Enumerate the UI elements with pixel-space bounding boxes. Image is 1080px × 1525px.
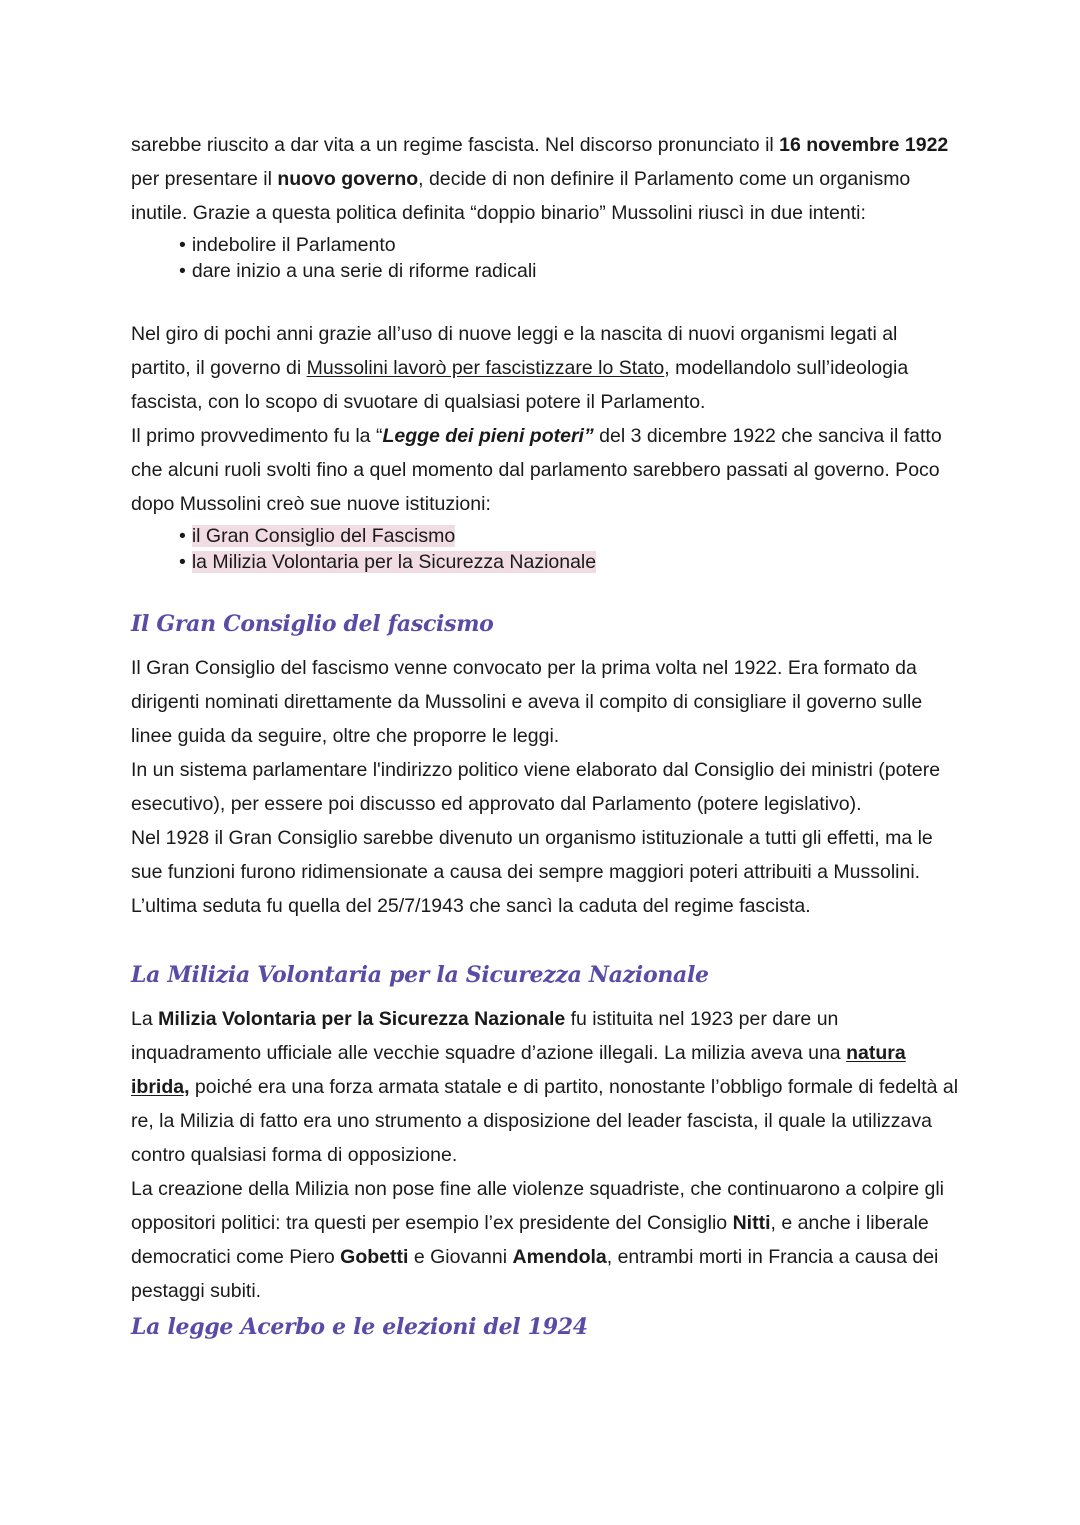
text: poiché era una forza armata statale e di… bbox=[131, 1076, 958, 1166]
list-item: •la Milizia Volontaria per la Sicurezza … bbox=[179, 549, 961, 575]
document-page: sarebbe riuscito a dar vita a un regime … bbox=[131, 128, 961, 1342]
bullet-icon: • bbox=[179, 551, 186, 573]
bullet-icon: • bbox=[179, 234, 186, 256]
text: sarebbe riuscito a dar vita a un regime … bbox=[131, 134, 779, 156]
fascistization-paragraph: Nel giro di pochi anni grazie all’uso di… bbox=[131, 317, 961, 419]
intents-list: •indebolire il Parlamento •dare inizio a… bbox=[179, 232, 961, 284]
bullet-icon: • bbox=[179, 525, 186, 547]
text: e Giovanni bbox=[408, 1246, 512, 1268]
name-amendola: Amendola bbox=[512, 1246, 606, 1268]
highlighted-text: la Milizia Volontaria per la Sicurezza N… bbox=[192, 551, 596, 573]
law-name-bold-italic: Legge dei pieni poteri” bbox=[382, 425, 593, 447]
text: per presentare il bbox=[131, 168, 277, 190]
full-powers-paragraph: Il primo provvedimento fu la “Legge dei … bbox=[131, 419, 961, 521]
name-gobetti: Gobetti bbox=[340, 1246, 408, 1268]
gran-consiglio-paragraph-3: Nel 1928 il Gran Consiglio sarebbe diven… bbox=[131, 821, 961, 923]
list-item-text: indebolire il Parlamento bbox=[192, 234, 396, 256]
section-heading-milizia: La Milizia Volontaria per la Sicurezza N… bbox=[131, 960, 961, 990]
text: La bbox=[131, 1008, 158, 1030]
list-item: •dare inizio a una serie di riforme radi… bbox=[179, 258, 961, 284]
section-heading-gran-consiglio: Il Gran Consiglio del fascismo bbox=[131, 609, 961, 639]
institutions-list: •il Gran Consiglio del Fascismo •la Mili… bbox=[179, 523, 961, 575]
gran-consiglio-paragraph-2: In un sistema parlamentare l'indirizzo p… bbox=[131, 753, 961, 821]
date-bold: 16 novembre 1922 bbox=[779, 134, 948, 156]
text: Il primo provvedimento fu la “ bbox=[131, 425, 382, 447]
milizia-paragraph-2: La creazione della Milizia non pose fine… bbox=[131, 1172, 961, 1308]
highlighted-text: il Gran Consiglio del Fascismo bbox=[192, 525, 455, 547]
intro-paragraph: sarebbe riuscito a dar vita a un regime … bbox=[131, 128, 961, 230]
name-nitti: Nitti bbox=[733, 1212, 771, 1234]
section-heading-acerbo: La legge Acerbo e le elezioni del 1924 bbox=[131, 1312, 961, 1342]
list-item: •indebolire il Parlamento bbox=[179, 232, 961, 258]
gran-consiglio-paragraph-1: Il Gran Consiglio del fascismo venne con… bbox=[131, 651, 961, 753]
underlined-text: Mussolini lavorò per fascistizzare lo St… bbox=[307, 357, 665, 379]
list-item: •il Gran Consiglio del Fascismo bbox=[179, 523, 961, 549]
milizia-paragraph-1: La Milizia Volontaria per la Sicurezza N… bbox=[131, 1002, 961, 1172]
list-item-text: dare inizio a una serie di riforme radic… bbox=[192, 260, 537, 282]
bullet-icon: • bbox=[179, 260, 186, 282]
milizia-bold: Milizia Volontaria per la Sicurezza Nazi… bbox=[158, 1008, 565, 1030]
new-government-bold: nuovo governo bbox=[277, 168, 418, 190]
